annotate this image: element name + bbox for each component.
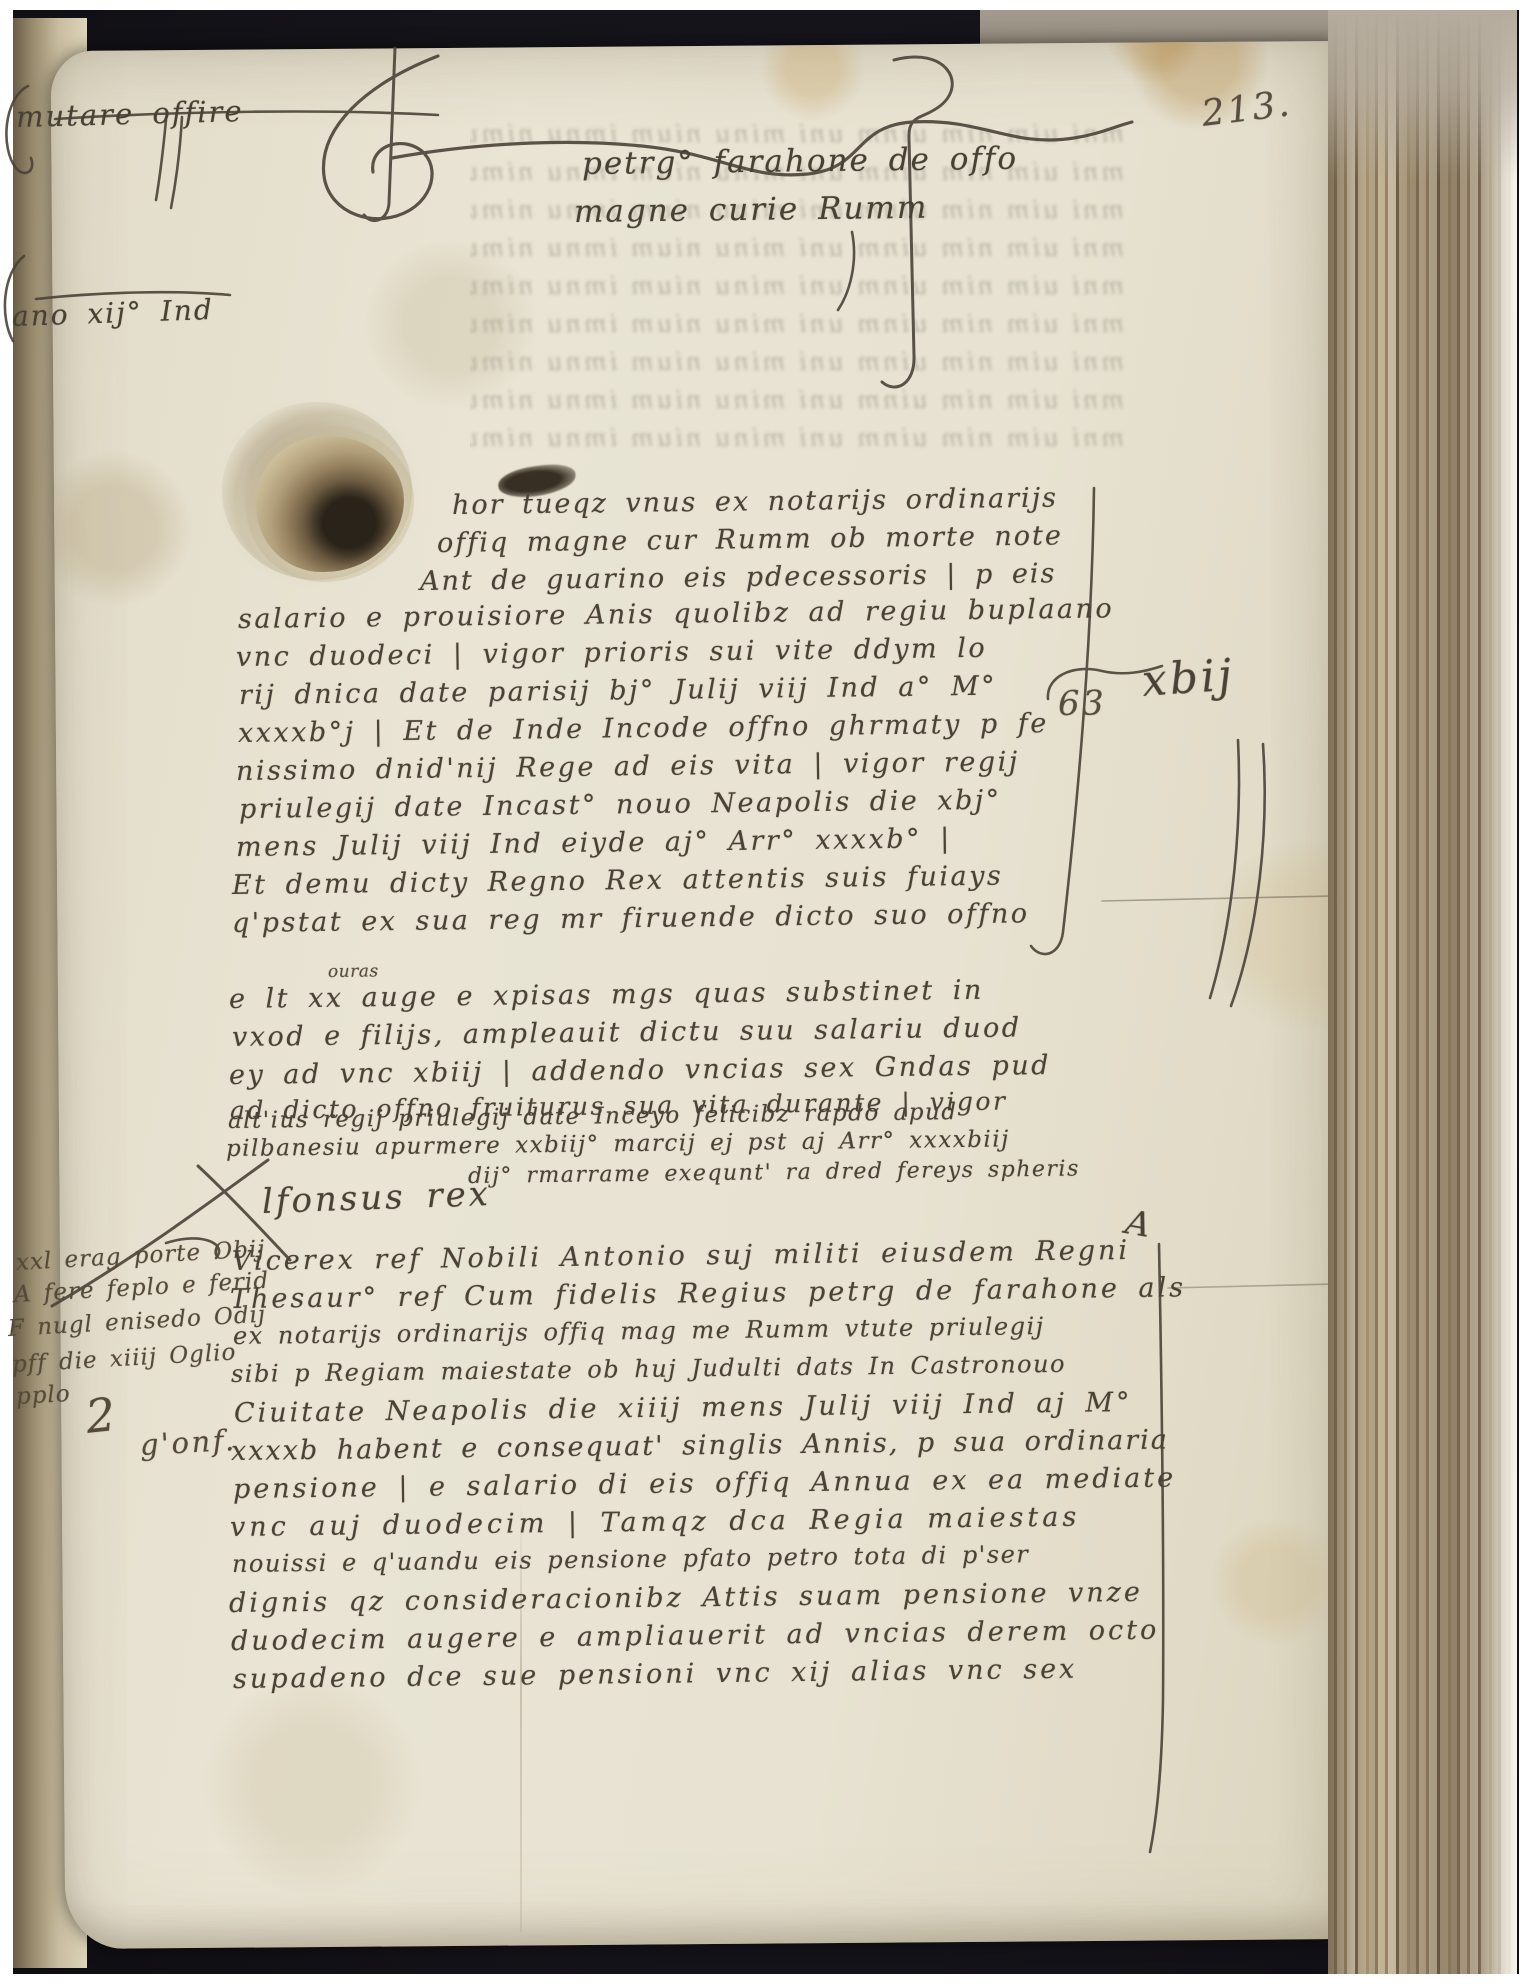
margin-right-value-2: xbij	[1140, 650, 1236, 707]
interline-insert: ouras	[328, 961, 379, 982]
margin-right-value-1: 63	[1058, 683, 1107, 724]
margin-note-mark: 2	[83, 1387, 120, 1444]
margin-note-consign: g'onf.	[139, 1423, 237, 1462]
header-line-2: magne curie Rumm	[574, 190, 929, 230]
subheading-king-name: lfonsus rex	[261, 1174, 491, 1222]
margin-note-line: pplo	[15, 1381, 71, 1410]
margin-top-left-note: mutare offire	[16, 94, 244, 134]
wormhole	[256, 436, 404, 572]
header-line-1: petrg° farahone de offo	[582, 141, 1018, 182]
manuscript-photo: mni uim nim uinm uni minu nium imnu nimu…	[0, 0, 1527, 1986]
book-fore-edge	[1328, 10, 1517, 1974]
margin-year-note: ano xij° Ind	[11, 293, 214, 333]
